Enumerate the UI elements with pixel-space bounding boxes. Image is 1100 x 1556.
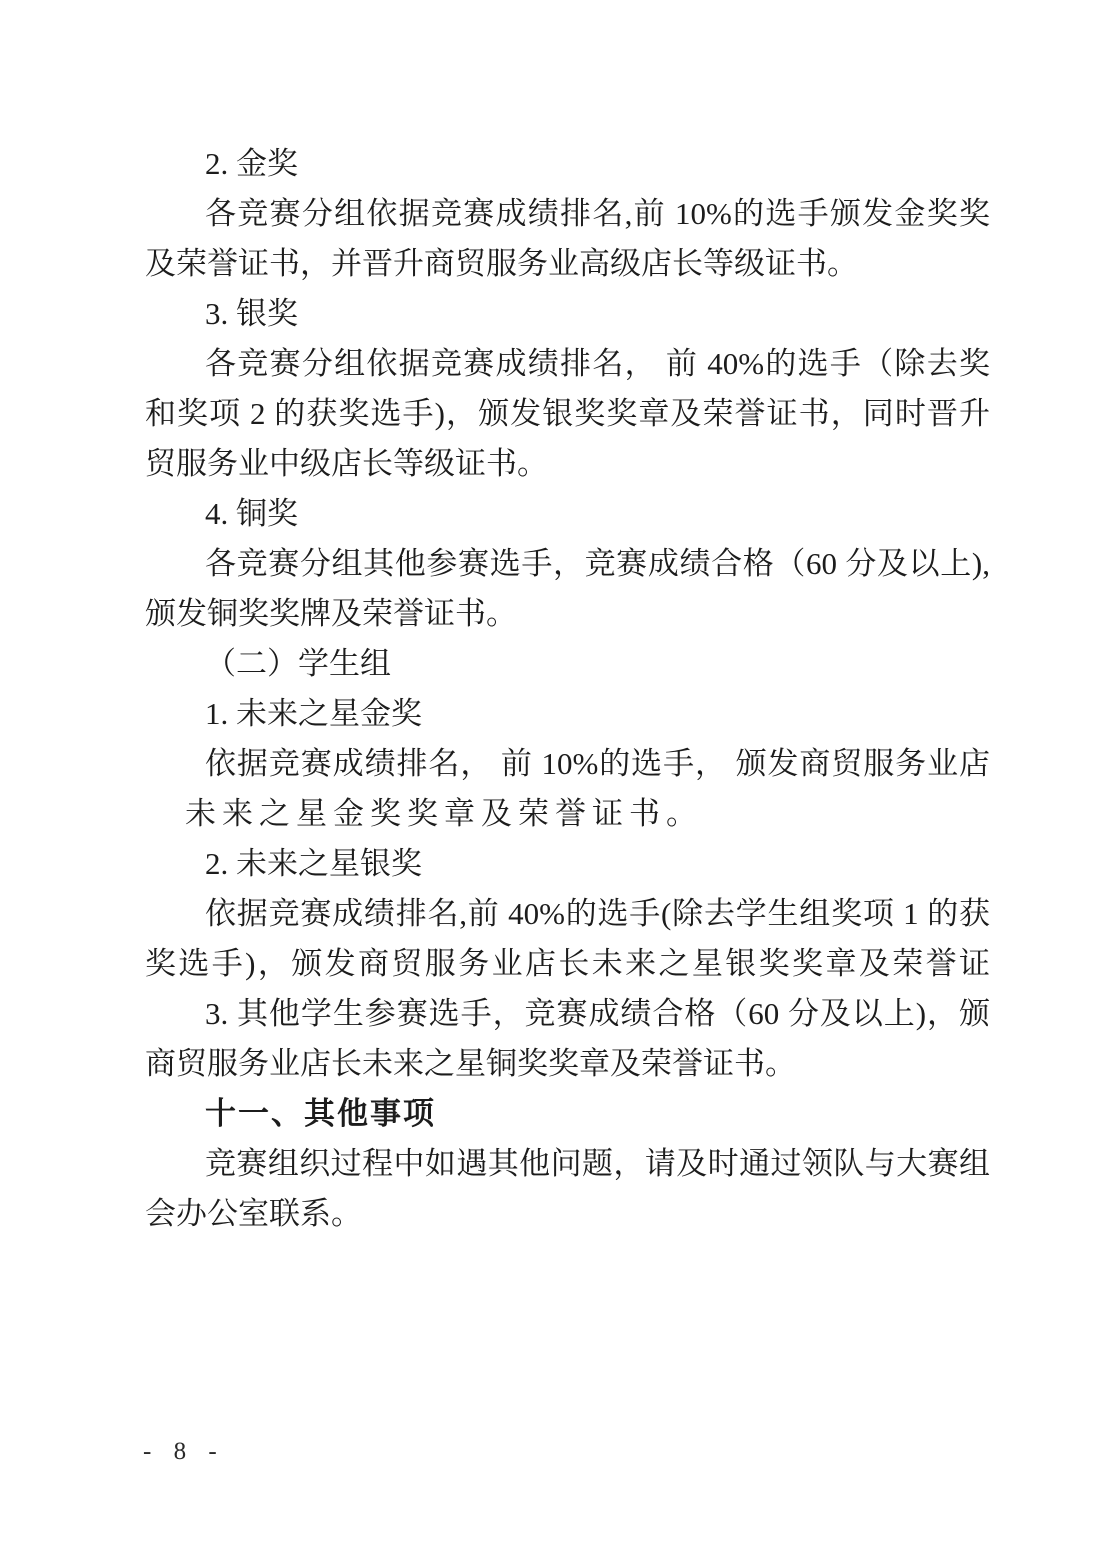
line-heading-gold: 2. 金奖 bbox=[145, 139, 990, 189]
document-page: 2. 金奖 各竞赛分组依据竞赛成绩排名,前 10%的选手颁发金奖奖章 及荣誉证书… bbox=[0, 0, 1100, 1556]
line-future-star-silver-body-1: 依据竞赛成绩排名,前 40%的选手(除去学生组奖项 1 的获 bbox=[145, 889, 990, 939]
line-heading-future-star-gold: 1. 未来之星金奖 bbox=[145, 689, 990, 739]
line-gold-body-1: 各竞赛分组依据竞赛成绩排名,前 10%的选手颁发金奖奖章 bbox=[145, 189, 990, 239]
line-bronze-body-1: 各竞赛分组其他参赛选手，竞赛成绩合格（60 分及以上), bbox=[145, 539, 990, 589]
line-future-star-bronze-body-2: 商贸服务业店长未来之星铜奖奖章及荣誉证书。 bbox=[145, 1039, 990, 1089]
line-future-star-gold-body-2: 未来之星金奖奖章及荣誉证书。 bbox=[145, 789, 990, 839]
line-gold-body-2: 及荣誉证书，并晋升商贸服务业高级店长等级证书。 bbox=[145, 239, 990, 289]
line-other-matters-body-1: 竞赛组织过程中如遇其他问题，请及时通过领队与大赛组委 bbox=[145, 1139, 990, 1189]
line-silver-body-2: 和奖项 2 的获奖选手)，颁发银奖奖章及荣誉证书，同时晋升商 bbox=[145, 389, 990, 439]
document-body: 2. 金奖 各竞赛分组依据竞赛成绩排名,前 10%的选手颁发金奖奖章 及荣誉证书… bbox=[145, 139, 990, 1239]
line-silver-body-1: 各竞赛分组依据竞赛成绩排名， 前 40%的选手（除去奖项 1 bbox=[145, 339, 990, 389]
line-silver-body-3: 贸服务业中级店长等级证书。 bbox=[145, 439, 990, 489]
line-future-star-silver-body-2: 奖选手)，颁发商贸服务业店长未来之星银奖奖章及荣誉证书。 bbox=[145, 939, 990, 989]
line-bronze-body-2: 颁发铜奖奖牌及荣誉证书。 bbox=[145, 589, 990, 639]
line-heading-student-group: （二）学生组 bbox=[145, 639, 990, 689]
line-other-matters-body-2: 会办公室联系。 bbox=[145, 1189, 990, 1239]
line-future-star-gold-body-1: 依据竞赛成绩排名， 前 10%的选手， 颁发商贸服务业店长 bbox=[145, 739, 990, 789]
line-heading-bronze: 4. 铜奖 bbox=[145, 489, 990, 539]
line-heading-section-eleven: 十一、其他事项 bbox=[145, 1089, 990, 1139]
page-number: - 8 - bbox=[143, 1438, 225, 1466]
line-heading-future-star-silver: 2. 未来之星银奖 bbox=[145, 839, 990, 889]
line-heading-silver: 3. 银奖 bbox=[145, 289, 990, 339]
line-future-star-bronze-body-1: 3. 其他学生参赛选手，竞赛成绩合格（60 分及以上)，颁发 bbox=[145, 989, 990, 1039]
